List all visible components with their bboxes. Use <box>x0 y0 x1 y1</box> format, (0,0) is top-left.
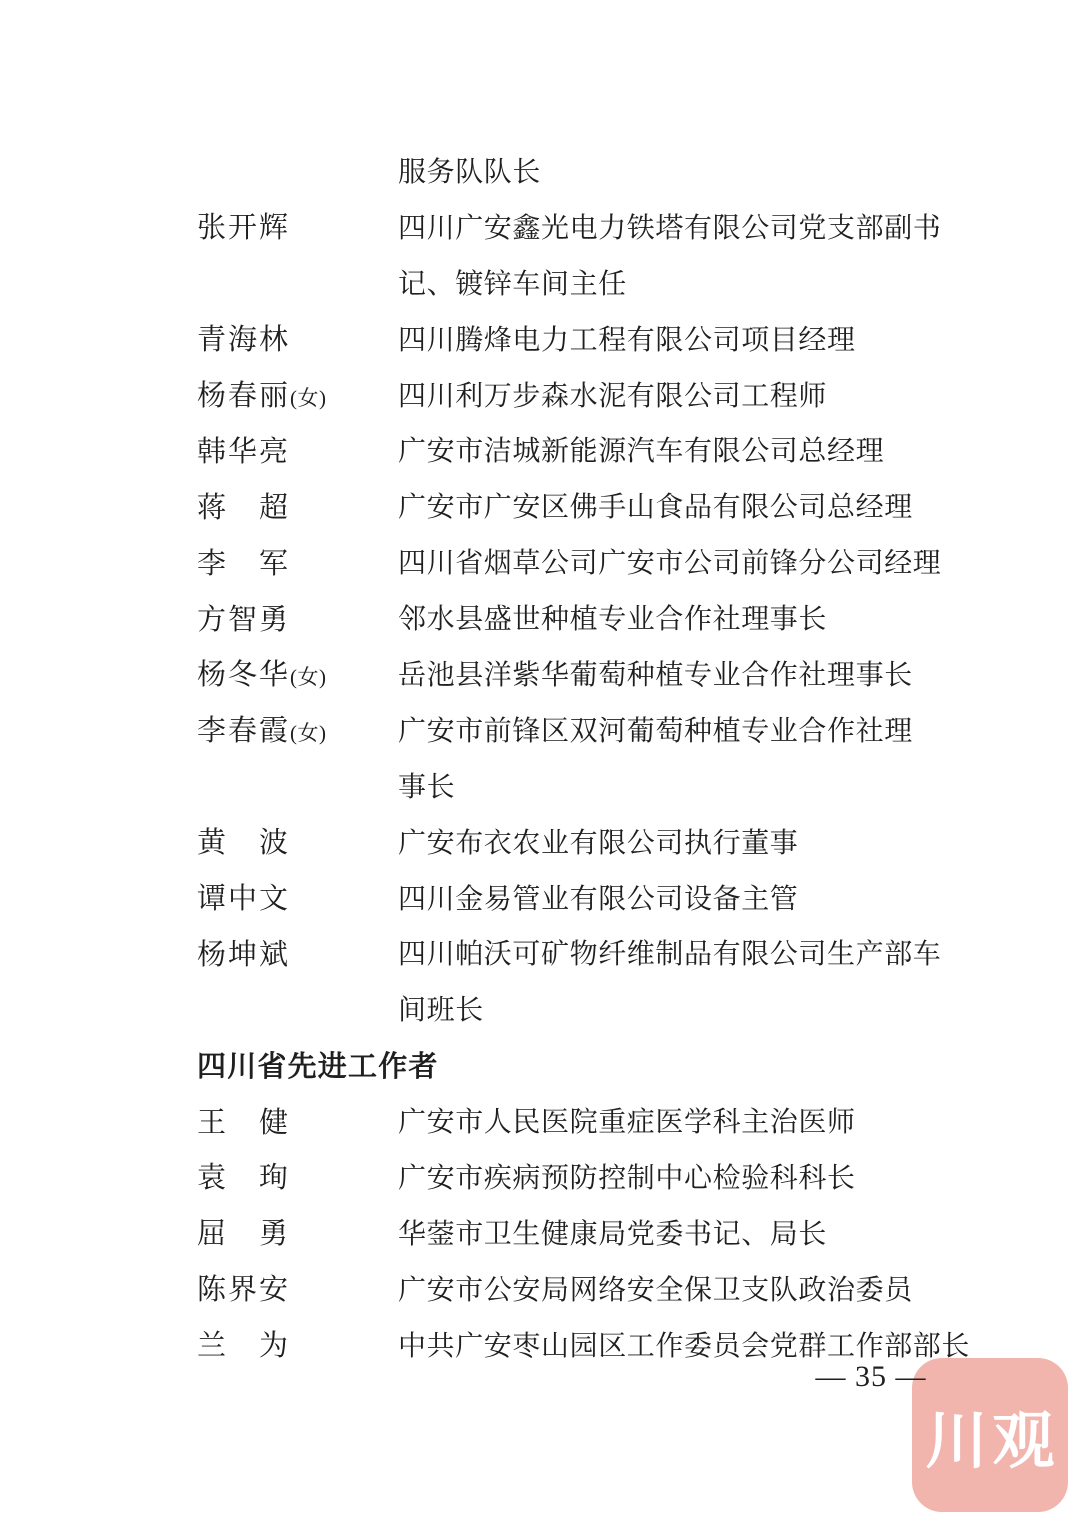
gender-note: (女) <box>290 386 327 410</box>
person-name: 王 健 <box>197 1107 290 1139</box>
list-row: 杨春丽(女) 四川利万步森水泥有限公司工程师 <box>197 366 997 422</box>
list-row: 李 军 四川省烟草公司广安市公司前锋分公司经理 <box>197 533 997 589</box>
person-name: 杨坤斌 <box>197 939 290 971</box>
person-name: 李 军 <box>197 548 290 580</box>
name-cell: 青海林 <box>197 317 398 358</box>
name-cell: 杨坤斌 <box>197 932 398 973</box>
name-cell: 黄 波 <box>197 820 398 861</box>
list-row: 事长 <box>197 757 997 813</box>
person-name: 袁 珣 <box>197 1162 290 1194</box>
person-name: 谭中文 <box>197 883 290 915</box>
person-title: 服务队队长 <box>398 150 997 190</box>
person-title: 四川省烟草公司广安市公司前锋分公司经理 <box>398 541 997 581</box>
name-cell: 杨春丽(女) <box>197 373 398 414</box>
person-name: 杨春丽 <box>197 380 290 412</box>
list-row: 李春霞(女) 广安市前锋区双河葡萄种植专业合作社理 <box>197 701 997 757</box>
person-name: 方智勇 <box>197 604 290 636</box>
name-cell: 陈界安 <box>197 1267 398 1308</box>
person-title: 四川帕沃可矿物纤维制品有限公司生产部车 <box>398 932 997 972</box>
person-title: 四川腾烽电力工程有限公司项目经理 <box>398 318 997 358</box>
person-title: 事长 <box>398 765 997 805</box>
person-name: 杨冬华 <box>197 659 290 691</box>
person-title: 广安布衣农业有限公司执行董事 <box>398 821 997 861</box>
person-name: 蒋 超 <box>197 492 290 524</box>
person-title: 广安市人民医院重症医学科主治医师 <box>398 1100 997 1140</box>
list-row: 间班长 <box>197 980 997 1036</box>
name-cell: 杨冬华(女) <box>197 652 398 693</box>
person-name: 李春霞 <box>197 715 290 747</box>
list-row: 记、镀锌车间主任 <box>197 254 997 310</box>
award-list: 服务队队长 张开辉 四川广安鑫光电力铁塔有限公司党支部副书 记、镀锌车间主任 青… <box>197 142 997 1372</box>
person-name: 青海林 <box>197 324 290 356</box>
person-title: 四川广安鑫光电力铁塔有限公司党支部副书 <box>398 206 997 246</box>
person-title: 广安市前锋区双河葡萄种植专业合作社理 <box>398 709 997 749</box>
person-title: 邻水县盛世种植专业合作社理事长 <box>398 597 997 637</box>
person-name: 黄 波 <box>197 827 290 859</box>
list-row: 蒋 超 广安市广安区佛手山食品有限公司总经理 <box>197 477 997 533</box>
list-row: 杨坤斌 四川帕沃可矿物纤维制品有限公司生产部车 <box>197 924 997 980</box>
list-row: 陈界安 广安市公安局网络安全保卫支队政治委员 <box>197 1260 997 1316</box>
list-row: 服务队队长 <box>197 142 997 198</box>
list-row: 王 健 广安市人民医院重症医学科主治医师 <box>197 1092 997 1148</box>
name-cell: 袁 珣 <box>197 1155 398 1196</box>
name-cell: 李 军 <box>197 541 398 582</box>
chuanguan-logo-text: 川观 <box>920 1391 1059 1480</box>
person-title: 广安市广安区佛手山食品有限公司总经理 <box>398 485 997 525</box>
list-row: 谭中文 四川金易管业有限公司设备主管 <box>197 869 997 925</box>
name-cell: 王 健 <box>197 1100 398 1141</box>
list-row: 张开辉 四川广安鑫光电力铁塔有限公司党支部副书 <box>197 198 997 254</box>
name-cell: 谭中文 <box>197 876 398 917</box>
list-row: 黄 波 广安布衣农业有限公司执行董事 <box>197 813 997 869</box>
person-title: 间班长 <box>398 988 997 1028</box>
list-row: 韩华亮 广安市洁城新能源汽车有限公司总经理 <box>197 421 997 477</box>
name-cell: 方智勇 <box>197 597 398 638</box>
gender-note: (女) <box>290 665 327 689</box>
person-title: 岳池县洋紫华葡萄种植专业合作社理事长 <box>398 653 997 693</box>
section-heading: 四川省先进工作者 <box>197 1044 439 1085</box>
name-cell: 韩华亮 <box>197 429 398 470</box>
person-name: 屈 勇 <box>197 1218 290 1250</box>
document-page: 服务队队长 张开辉 四川广安鑫光电力铁塔有限公司党支部副书 记、镀锌车间主任 青… <box>0 0 1080 1528</box>
person-title: 广安市公安局网络安全保卫支队政治委员 <box>398 1268 997 1308</box>
gender-note: (女) <box>290 721 327 745</box>
page-number: — 35 — <box>756 1360 986 1394</box>
name-cell: 兰 为 <box>197 1323 398 1364</box>
name-cell: 张开辉 <box>197 205 398 246</box>
section-heading-row: 四川省先进工作者 <box>197 1036 997 1092</box>
person-title: 广安市洁城新能源汽车有限公司总经理 <box>398 429 997 469</box>
person-name: 张开辉 <box>197 212 290 244</box>
person-title: 华蓥市卫生健康局党委书记、局长 <box>398 1212 997 1252</box>
list-row: 屈 勇 华蓥市卫生健康局党委书记、局长 <box>197 1204 997 1260</box>
list-row: 袁 珣 广安市疾病预防控制中心检验科科长 <box>197 1148 997 1204</box>
name-cell: 蒋 超 <box>197 485 398 526</box>
person-title: 中共广安枣山园区工作委员会党群工作部部长 <box>398 1324 997 1364</box>
person-title: 四川利万步森水泥有限公司工程师 <box>398 374 997 414</box>
list-row: 杨冬华(女) 岳池县洋紫华葡萄种植专业合作社理事长 <box>197 645 997 701</box>
list-row: 方智勇 邻水县盛世种植专业合作社理事长 <box>197 589 997 645</box>
name-cell: 李春霞(女) <box>197 708 398 749</box>
person-name: 陈界安 <box>197 1274 290 1306</box>
person-title: 四川金易管业有限公司设备主管 <box>398 877 997 917</box>
person-name: 韩华亮 <box>197 436 290 468</box>
name-cell: 屈 勇 <box>197 1211 398 1252</box>
person-name: 兰 为 <box>197 1330 290 1362</box>
person-title: 记、镀锌车间主任 <box>398 262 997 302</box>
list-row: 青海林 四川腾烽电力工程有限公司项目经理 <box>197 310 997 366</box>
person-title: 广安市疾病预防控制中心检验科科长 <box>398 1156 997 1196</box>
